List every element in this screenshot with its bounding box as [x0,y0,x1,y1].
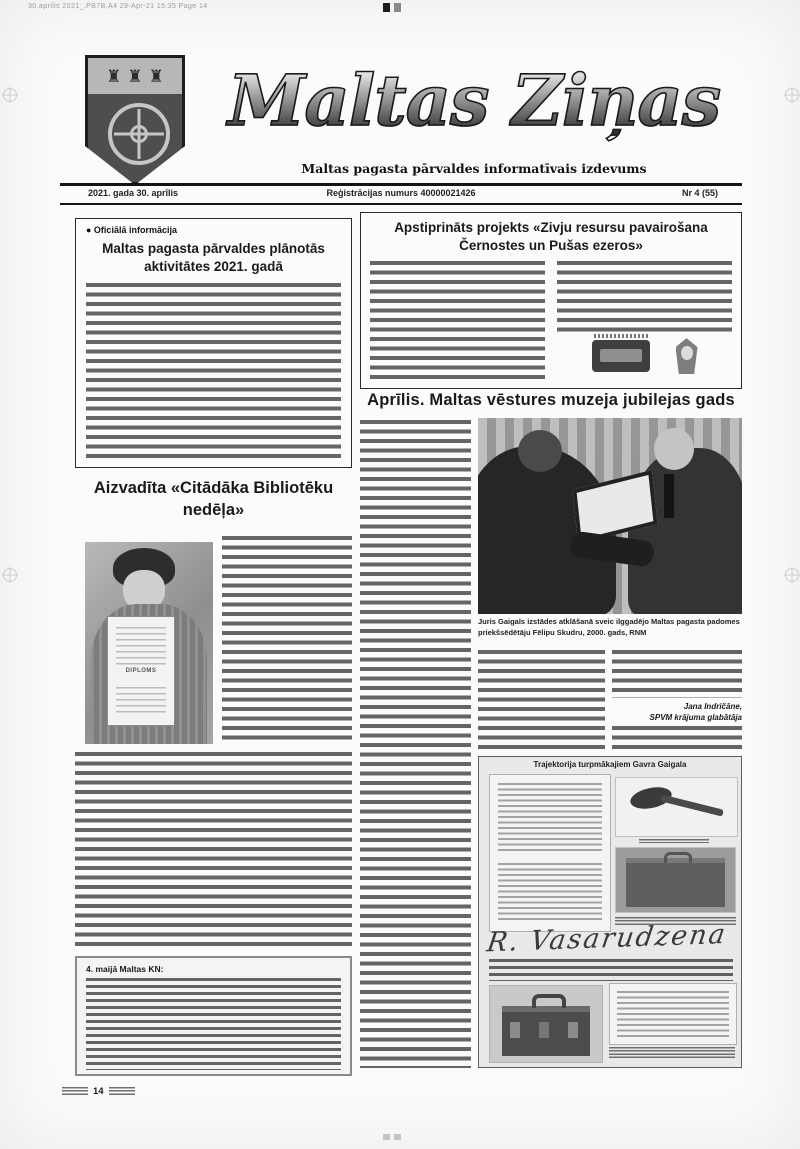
issue-number: Nr 4 (55) [682,188,718,198]
byline: Jana Indričāne, SPVM krājuma glabātāja [612,702,742,724]
museum-artifacts-montage: Trajektorija turpmākajiem Gavra Gaigala … [478,756,742,1068]
footer-ornament [62,1087,88,1096]
ship-wheel-icon [108,103,170,165]
shield-band: ♜♜♜ [88,58,182,94]
document-lines [498,783,602,853]
text-block [478,650,605,754]
text-block [370,261,545,379]
print-slug: 30.aprilis 2021_.PB7B,A4 29-Apr-21 15:35… [28,3,208,10]
archive-document-photo [489,774,611,932]
diploma-label: DIPLOMS [126,668,157,674]
newspaper-page: 30.aprilis 2021_.PB7B,A4 29-Apr-21 15:35… [0,0,800,1149]
crosshair-icon [3,88,17,102]
document-lines [498,863,602,921]
crosshair-icon [785,88,799,102]
newspaper-subtitle: Maltas pagasta pārvaldes informatīvais i… [200,161,748,176]
fish-project-box: Apstiprināts projekts «Zivju resursu pav… [360,212,742,389]
registration-mark-icon [383,3,390,12]
toolbox-artifact-photo [489,985,603,1063]
page-number: 14 [93,1086,104,1097]
montage-title: Trajektorija turpmākajiem Gavra Gaigala [479,760,741,769]
fisheries-fund-logo [592,340,650,372]
crosshair-icon [785,568,799,582]
artifact-caption [609,1047,735,1060]
archive-document-photo [609,983,737,1045]
section-kicker: ● Oficiālā informācija [86,225,341,235]
newspaper-title: Maltas Ziņas [200,66,748,136]
dateline: 2021. gada 30. aprīlis Reģistrācijas num… [60,188,742,201]
article-headline: Aprīlis. Maltas vēstures muzeja jubileja… [360,391,742,410]
text-block [86,283,341,459]
footer-ornament [109,1087,135,1096]
pipe-artifact-photo [615,777,738,837]
diploma-certificate: DIPLOMS [107,616,175,726]
page-footer: 14 [62,1086,135,1097]
article-headline: Maltas pagasta pārvaldes plānotās aktivi… [86,240,341,275]
photo-caption: Juris Gaigals izstādes atklāšanā sveic i… [478,617,742,638]
text-block [489,959,733,981]
text-block [86,978,341,1070]
case-body [626,858,725,907]
text-block [557,261,732,333]
text-block [612,650,742,698]
artifact-caption [639,839,709,843]
fish-fund-emblem-icon [676,338,698,374]
registration-number: Reģistrācijas numurs 40000021426 [60,188,742,198]
article-headline: Aizvadīta «Citādāka Bibliotēku nedēļa» [75,477,352,522]
text-block [360,420,471,1068]
registration-mark-icon [383,1134,403,1140]
document-lines [617,991,729,1037]
crosshair-icon [3,568,17,582]
text-block [75,752,352,950]
registration-mark-icon [394,3,401,12]
library-week-photo: DIPLOMS [85,542,213,744]
divider [60,203,742,205]
official-info-box: ● Oficiālā informācija Maltas pagasta pā… [75,218,352,468]
text-block [612,726,742,752]
handshake-photo [478,418,742,614]
byline-role: SPVM krājuma glabātāja [650,713,742,722]
byline-name: Jana Indričāne, [684,702,742,711]
divider [60,183,742,186]
coat-of-arms: ♜♜♜ [85,55,185,185]
pipe-stem [660,794,724,816]
case-artifact-photo [615,847,736,913]
event-date-line: 4. maijā Maltas KN: [86,964,341,974]
text-block [222,536,352,744]
article-headline: Apstiprināts projekts «Zivju resursu pav… [370,219,732,254]
events-announcement-box: 4. maijā Maltas KN: [75,956,352,1076]
crest-symbols-icon: ♜♜♜ [100,68,170,85]
toolbox [502,1006,590,1056]
